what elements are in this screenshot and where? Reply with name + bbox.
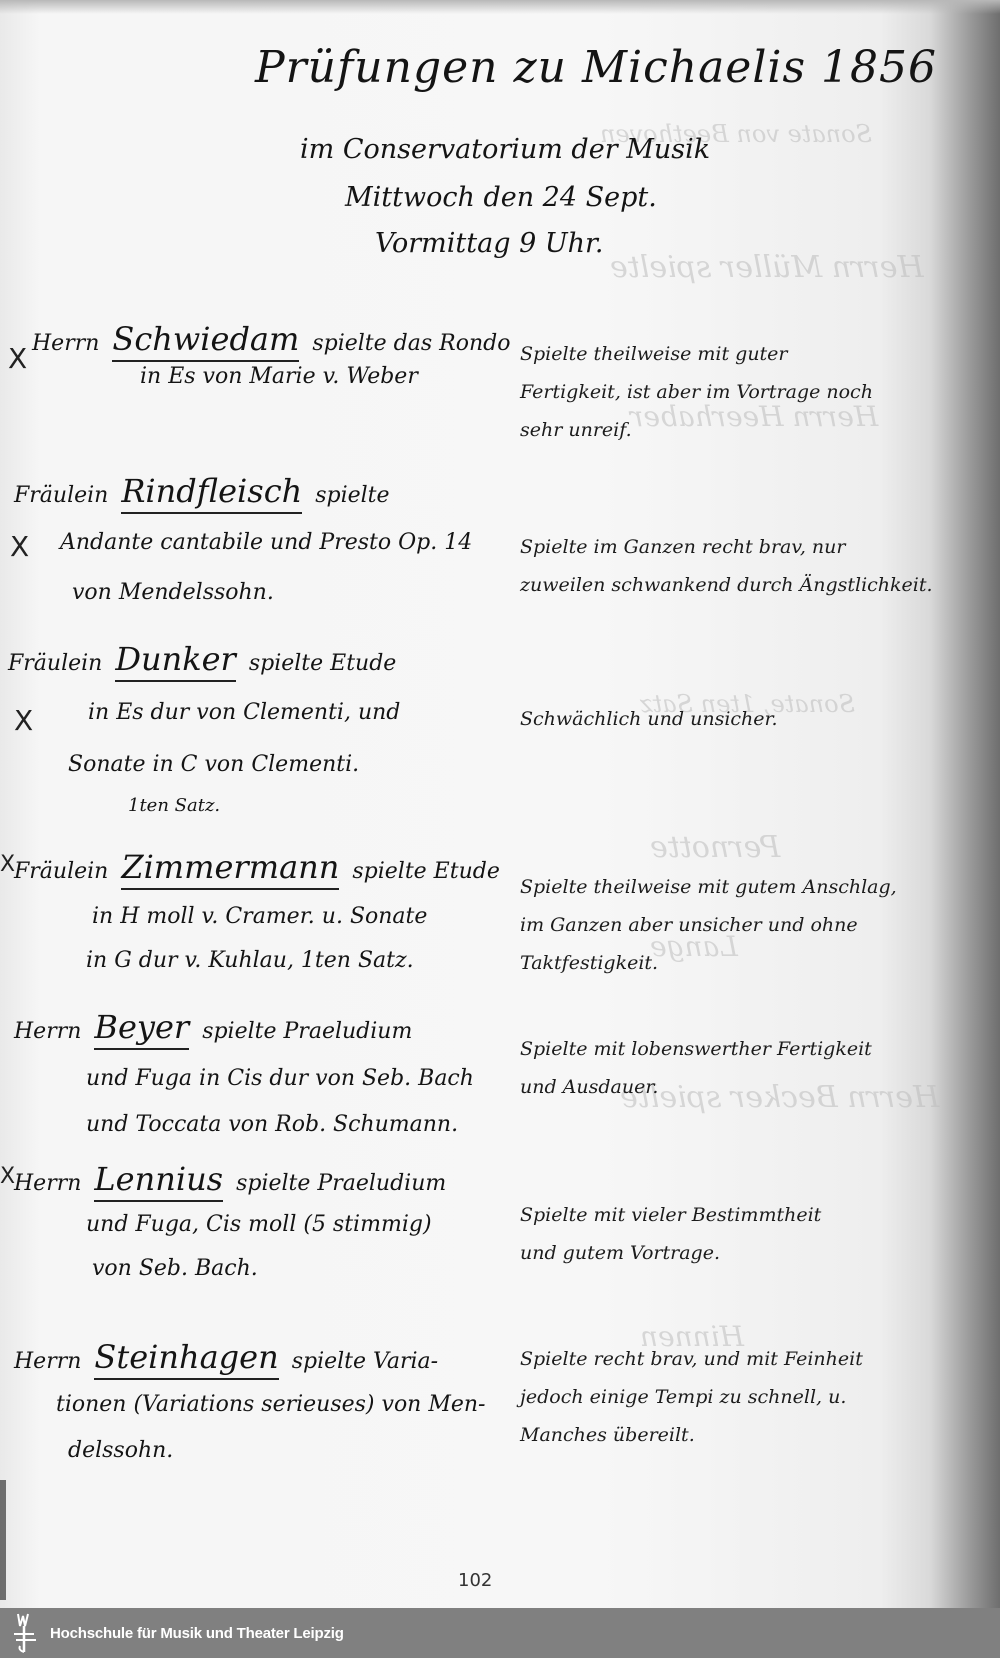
remark-line: Spielte theilweise mit gutem Anschlag, [520, 868, 970, 906]
remark-line: jedoch einige Tempi zu schnell, u. [520, 1378, 970, 1416]
examiner-remark: Spielte mit lobenswerther Fertigkeit und… [520, 1030, 970, 1106]
remark-line: Schwächlich und unsicher. [520, 700, 970, 738]
honorific: Herrn [14, 1019, 81, 1044]
performance-text: spielte Praeludium [202, 1019, 412, 1044]
performance-text: spielte Etude [249, 651, 397, 676]
performance-text: Sonate in C von Clementi. [68, 752, 359, 777]
bleed-through-text: Herrn Müller spielte [610, 250, 924, 285]
remark-line: Spielte mit vieler Bestimmtheit [520, 1196, 970, 1234]
hmt-leipzig-logo-icon [12, 1612, 40, 1654]
institution-name: Hochschule für Musik und Theater Leipzig [50, 1625, 344, 1642]
bleed-through-text: Pernotte [650, 830, 780, 865]
page-edge-shadow [0, 1480, 6, 1600]
exam-date: Mittwoch den 24 Sept. [345, 182, 657, 213]
check-mark-icon: X [0, 1164, 15, 1189]
student-name: Dunker [115, 640, 236, 682]
honorific: Fräulein [8, 651, 102, 676]
performance-text: in G dur v. Kuhlau, 1ten Satz. [86, 948, 414, 973]
exam-time: Vormittag 9 Uhr. [375, 228, 604, 259]
performance-text: in Es von Marie v. Weber [140, 364, 418, 389]
check-mark-icon: X [0, 852, 15, 877]
remark-line: Spielte theilweise mit guter [520, 335, 970, 373]
performance-text: Andante cantabile und Presto Op. 14 [60, 530, 472, 555]
remark-line: Taktfestigkeit. [520, 944, 970, 982]
document-subtitle: im Conservatorium der Musik [300, 134, 710, 165]
performance-text: in H moll v. Cramer. u. Sonate [92, 904, 427, 929]
examiner-remark: Spielte im Ganzen recht brav, nur zuweil… [520, 528, 970, 604]
performance-text: spielte das Rondo [312, 331, 510, 356]
performance-text: spielte Praeludium [236, 1171, 446, 1196]
performance-text: von Mendelssohn. [72, 580, 274, 605]
performance-text: spielte [315, 483, 389, 508]
honorific: Fräulein [14, 483, 108, 508]
remark-line: und Ausdauer. [520, 1068, 970, 1106]
check-mark-icon: X [8, 342, 27, 375]
honorific: Herrn [14, 1171, 81, 1196]
student-name: Steinhagen [94, 1338, 278, 1380]
performance-text: und Toccata von Rob. Schumann. [86, 1112, 458, 1137]
honorific: Herrn [14, 1349, 81, 1374]
manuscript-page: Sonate von Beethoven Herrn Müller spielt… [0, 0, 1000, 1608]
honorific: Fräulein [14, 859, 108, 884]
remark-line: sehr unreif. [520, 411, 970, 449]
examiner-remark: Spielte theilweise mit guter Fertigkeit,… [520, 335, 970, 449]
check-mark-icon: X [14, 704, 33, 737]
performance-text: spielte Etude [352, 859, 500, 884]
performance-text: tionen (Variations serieuses) von Men- [56, 1392, 486, 1417]
remark-line: im Ganzen aber unsicher und ohne [520, 906, 970, 944]
remark-line: und gutem Vortrage. [520, 1234, 970, 1272]
student-name: Beyer [94, 1008, 189, 1050]
examiner-remark: Spielte mit vieler Bestimmtheit und gute… [520, 1196, 970, 1272]
performance-text: von Seb. Bach. [92, 1256, 258, 1281]
performance-text: in Es dur von Clementi, und [88, 700, 400, 725]
performance-text: und Fuga, Cis moll (5 stimmig) [86, 1212, 432, 1237]
examiner-remark: Schwächlich und unsicher. [520, 700, 970, 738]
student-name: Lennius [94, 1160, 223, 1202]
remark-line: zuweilen schwankend durch Ängstlichkeit. [520, 566, 970, 604]
examiner-remark: Spielte theilweise mit gutem Anschlag, i… [520, 868, 970, 982]
student-name: Zimmermann [121, 848, 339, 890]
remark-line: Spielte recht brav, und mit Feinheit [520, 1340, 970, 1378]
performance-text: delssohn. [68, 1438, 173, 1463]
honorific: Herrn [32, 331, 99, 356]
institution-footer: Hochschule für Musik und Theater Leipzig [0, 1608, 1000, 1658]
check-mark-icon: X [10, 530, 29, 563]
remark-line: Fertigkeit, ist aber im Vortrage noch [520, 373, 970, 411]
remark-line: Spielte im Ganzen recht brav, nur [520, 528, 970, 566]
page-number: 102 [458, 1570, 492, 1591]
performance-text: 1ten Satz. [128, 795, 220, 816]
performance-text: und Fuga in Cis dur von Seb. Bach [86, 1066, 474, 1091]
remark-line: Manches übereilt. [520, 1416, 970, 1454]
performance-text: spielte Varia- [292, 1349, 438, 1374]
document-title: Prüfungen zu Michaelis 1856 [255, 42, 937, 93]
remark-line: Spielte mit lobenswerther Fertigkeit [520, 1030, 970, 1068]
examiner-remark: Spielte recht brav, und mit Feinheit jed… [520, 1340, 970, 1454]
student-name: Rindfleisch [121, 472, 302, 514]
student-name: Schwiedam [112, 320, 299, 362]
